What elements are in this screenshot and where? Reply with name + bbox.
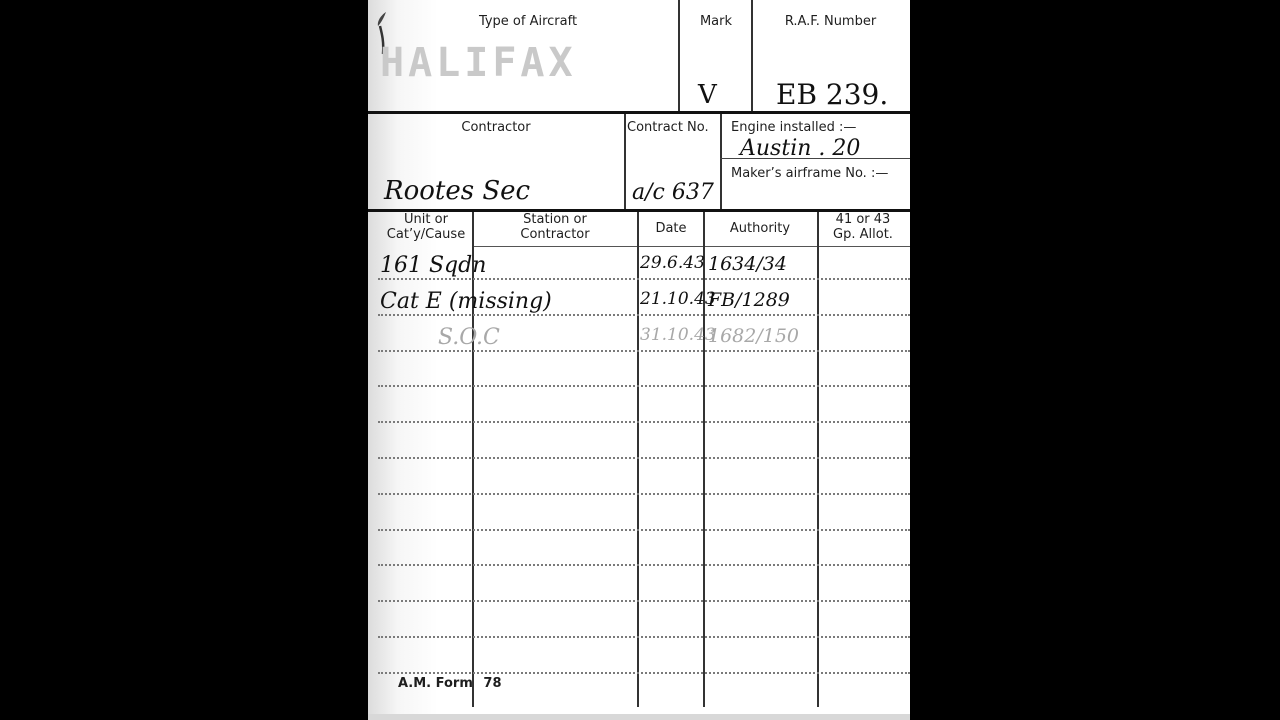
- row-dotted-rule: [378, 385, 910, 387]
- cell-date: 31.10.43: [640, 325, 716, 345]
- cell-unit: S.O.C: [438, 325, 500, 350]
- raf-number-value: EB 239.: [776, 78, 888, 111]
- row-dotted-rule: [378, 493, 910, 495]
- column-header-authority: Authority: [705, 221, 815, 236]
- form-number: 78: [483, 676, 501, 691]
- row-dotted-rule: [378, 600, 910, 602]
- column-header-date: Date: [639, 221, 703, 236]
- engine-installed-label: Engine installed :—: [731, 120, 856, 135]
- column-divider: [817, 212, 819, 707]
- divider: [720, 114, 722, 210]
- divider: [624, 114, 626, 210]
- contractor-label: Contractor: [368, 120, 624, 135]
- cell-authority: 1682/150: [708, 325, 799, 347]
- cell-authority: FB/1289: [708, 289, 790, 311]
- row-dotted-rule: [378, 350, 910, 352]
- column-divider: [472, 212, 474, 707]
- column-header-line: Station or: [474, 212, 636, 227]
- cell-date: 29.6.43: [640, 253, 705, 273]
- row-dotted-rule: [378, 529, 910, 531]
- header-underline: [474, 246, 910, 247]
- form-name: A.M. Form: [398, 676, 473, 691]
- aircraft-record-card: Type of Aircraft HALIFAX Mark V R.A.F. N…: [368, 0, 910, 720]
- cell-unit: 161 Sqdn: [380, 253, 486, 278]
- column-header-line: Contractor: [474, 227, 636, 242]
- column-divider: [703, 212, 705, 707]
- card-edge: [368, 714, 910, 720]
- row-dotted-rule: [378, 672, 910, 674]
- row-dotted-rule: [378, 564, 910, 566]
- cell-date: 21.10.43: [640, 289, 716, 309]
- row-dotted-rule: [378, 314, 910, 316]
- section-divider: [368, 111, 910, 114]
- column-header-unit: Unit or Cat’y/Cause: [372, 212, 480, 242]
- column-header-line: Gp. Allot.: [819, 227, 907, 242]
- column-header-station: Station or Contractor: [474, 212, 636, 242]
- raf-number-label: R.A.F. Number: [753, 14, 908, 29]
- makers-airframe-label: Maker’s airframe No. :—: [731, 166, 888, 181]
- type-of-aircraft-label: Type of Aircraft: [428, 14, 628, 29]
- row-dotted-rule: [378, 421, 910, 423]
- column-divider: [637, 212, 639, 707]
- contract-no-label: Contract No.: [627, 120, 709, 135]
- column-header-line: Cat’y/Cause: [372, 227, 480, 242]
- mark-label: Mark: [680, 14, 752, 29]
- contractor-value: Rootes Sec: [384, 176, 530, 206]
- mark-value: V: [698, 80, 717, 110]
- form-footer: A.M. Form 78: [398, 676, 502, 691]
- engine-underline: [720, 158, 910, 159]
- column-header-allot: 41 or 43 Gp. Allot.: [819, 212, 907, 242]
- contract-no-value: a/c 637: [632, 180, 714, 205]
- column-header-line: Unit or: [372, 212, 480, 227]
- type-of-aircraft-value: HALIFAX: [380, 40, 577, 86]
- cell-authority: 1634/34: [708, 253, 787, 275]
- column-header-line: 41 or 43: [819, 212, 907, 227]
- row-dotted-rule: [378, 457, 910, 459]
- row-dotted-rule: [378, 278, 910, 280]
- row-dotted-rule: [378, 636, 910, 638]
- cell-unit: Cat E (missing): [380, 289, 552, 314]
